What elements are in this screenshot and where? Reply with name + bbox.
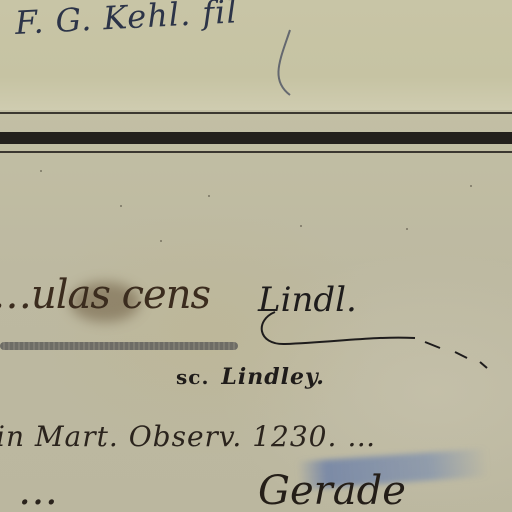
printed-credit: sc.Lindley. bbox=[176, 364, 325, 390]
pencil-underline bbox=[0, 342, 238, 350]
paper-speck bbox=[208, 195, 210, 197]
bottom-handwriting-right: Gerade bbox=[258, 468, 406, 512]
bottom-handwriting-left: … bbox=[18, 468, 58, 512]
paper-speck bbox=[160, 240, 162, 242]
paper-speck bbox=[406, 228, 408, 230]
printed-abbr: sc. bbox=[176, 365, 209, 389]
rule-thick bbox=[0, 132, 512, 144]
paper-speck bbox=[120, 205, 122, 207]
rule-thin-top bbox=[0, 112, 512, 114]
paper-speck bbox=[300, 225, 302, 227]
paper-speck bbox=[40, 170, 42, 172]
paper-speck bbox=[470, 185, 472, 187]
flourish-icon bbox=[250, 20, 330, 100]
reference-line: in Mart. Observ. 1230. … bbox=[0, 420, 376, 453]
determination-handwriting: …ulas cens bbox=[0, 272, 210, 318]
rule-thin-bottom bbox=[0, 151, 512, 153]
printed-name: Lindley. bbox=[221, 364, 324, 390]
